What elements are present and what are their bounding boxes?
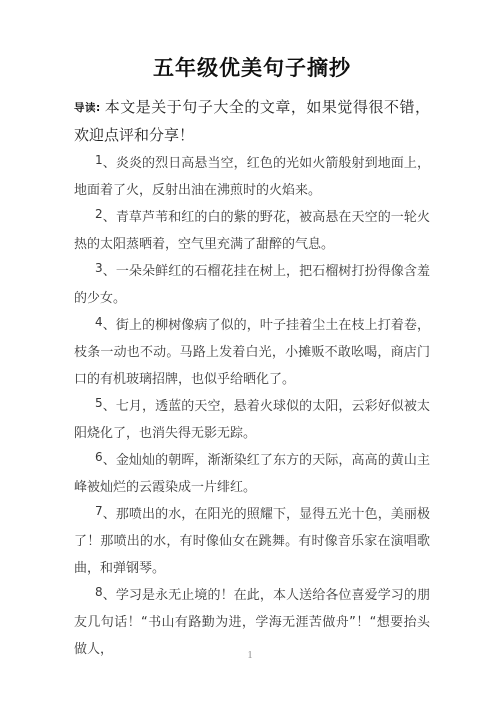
intro-paragraph: 导读:本文是关于句子大全的文章，如果觉得很不错，欢迎点评和分享！ — [74, 95, 430, 150]
item-text: 一朵朵鲜红的石榴花挂在树上，把石榴树打扮得像含羞的少女。 — [74, 264, 430, 306]
item-separator: 、 — [103, 507, 116, 522]
item-text: 青草芦苇和红的白的紫的野花，被高悬在天空的一轮火热的太阳蒸晒着，空气里充满了甜醉… — [74, 210, 430, 252]
item-text: 那喷出的水，在阳光的照耀下，显得五光十色，美丽极了！那喷出的水，有时像仙女在跳舞… — [74, 507, 430, 576]
sentence-item: 4、街上的柳树像病了似的，叶子挂着尘土在枝上打着卷，枝条一动也不动。马路上发着白… — [74, 312, 430, 393]
item-number: 5 — [95, 396, 103, 410]
item-text: 金灿灿的朝晖，渐渐染红了东方的天际，高高的黄山主峰被灿烂的云霞染成一片绯红。 — [74, 453, 430, 495]
item-number: 2 — [95, 207, 103, 221]
intro-text: 本文是关于句子大全的文章，如果觉得很不错，欢迎点评和分享！ — [74, 100, 430, 144]
item-number: 1 — [95, 153, 103, 167]
item-separator: 、 — [103, 399, 116, 414]
item-text: 七月，透蓝的天空，悬着火球似的太阳，云彩好似被太阳烧化了，也消失得无影无踪。 — [74, 399, 430, 441]
item-separator: 、 — [103, 156, 116, 171]
sentence-item: 1、炎炎的烈日高悬当空，红色的光如火箭般射到地面上，地面着了火，反射出油在沸煎时… — [74, 150, 430, 204]
sentence-list: 1、炎炎的烈日高悬当空，红色的光如火箭般射到地面上，地面着了火，反射出油在沸煎时… — [74, 150, 430, 663]
document-body: 导读:本文是关于句子大全的文章，如果觉得很不错，欢迎点评和分享！ 1、炎炎的烈日… — [74, 95, 430, 663]
sentence-item: 3、一朵朵鲜红的石榴花挂在树上，把石榴树打扮得像含羞的少女。 — [74, 258, 430, 312]
item-separator: 、 — [103, 210, 116, 225]
item-number: 8 — [95, 585, 103, 599]
item-number: 6 — [95, 450, 103, 464]
sentence-item: 6、金灿灿的朝晖，渐渐染红了东方的天际，高高的黄山主峰被灿烂的云霞染成一片绯红。 — [74, 447, 430, 501]
item-separator: 、 — [103, 318, 116, 333]
page-number: 1 — [0, 650, 500, 661]
item-text: 街上的柳树像病了似的，叶子挂着尘土在枝上打着卷，枝条一动也不动。马路上发着白光，… — [74, 318, 430, 387]
sentence-item: 7、那喷出的水，在阳光的照耀下，显得五光十色，美丽极了！那喷出的水，有时像仙女在… — [74, 501, 430, 582]
document-page: 五年级优美句子摘抄 导读:本文是关于句子大全的文章，如果觉得很不错，欢迎点评和分… — [0, 0, 500, 707]
item-number: 4 — [95, 315, 103, 329]
item-number: 7 — [95, 504, 103, 518]
item-number: 3 — [95, 261, 103, 275]
item-text: 炎炎的烈日高悬当空，红色的光如火箭般射到地面上，地面着了火，反射出油在沸煎时的火… — [74, 156, 430, 198]
item-separator: 、 — [103, 453, 116, 468]
page-title: 五年级优美句子摘抄 — [74, 56, 430, 82]
sentence-item: 2、青草芦苇和红的白的紫的野花，被高悬在天空的一轮火热的太阳蒸晒着，空气里充满了… — [74, 204, 430, 258]
item-separator: 、 — [103, 588, 116, 603]
item-text: 学习是永无止境的！在此，本人送给各位喜爱学习的朋友几句话！“书山有路勤为进，学海… — [74, 588, 430, 657]
sentence-item: 5、七月，透蓝的天空，悬着火球似的太阳，云彩好似被太阳烧化了，也消失得无影无踪。 — [74, 393, 430, 447]
intro-label: 导读: — [74, 102, 100, 114]
item-separator: 、 — [103, 264, 116, 279]
